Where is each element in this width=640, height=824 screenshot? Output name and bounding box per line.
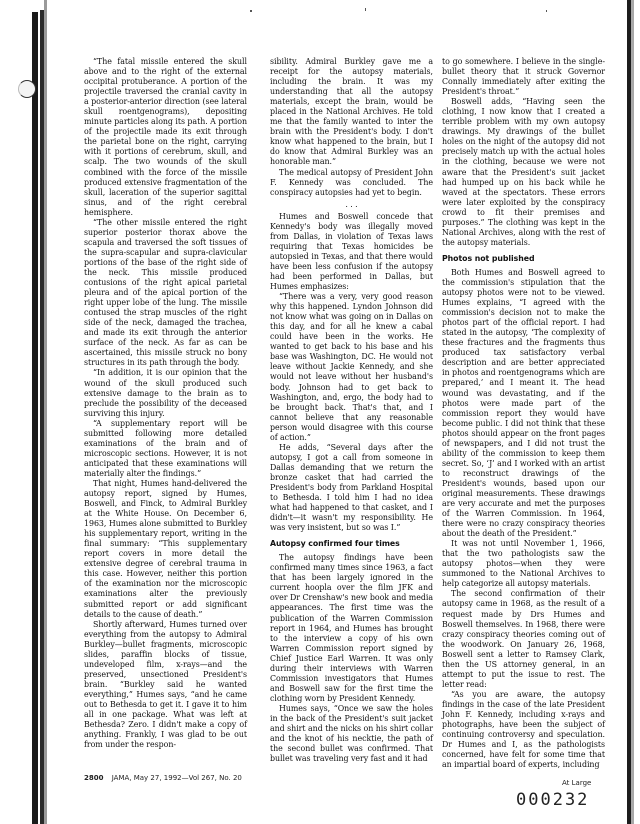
paragraph: Humes says, “Once we saw the holes in th… — [270, 704, 433, 764]
scan-speck — [365, 8, 366, 11]
paragraph: The second confirmation of their autopsy… — [442, 589, 605, 689]
scan-edge-shadow — [44, 0, 47, 824]
paragraph: Humes and Boswell concede that Kennedy's… — [270, 212, 433, 292]
page-number: 2800 — [84, 774, 103, 782]
paragraph: “A supplementary report will be submitte… — [84, 419, 247, 479]
paragraph: It was not until November 1, 1966, that … — [442, 539, 605, 589]
paragraph: “In addition, it is our opinion that the… — [84, 368, 247, 418]
scan-speck — [546, 10, 547, 12]
text-column-1: “The fatal missile entered the skull abo… — [84, 57, 247, 750]
paragraph: Boswell adds, “Having seen the clothing,… — [442, 97, 605, 248]
paragraph-continued: sibility. Admiral Burkley gave me a rece… — [270, 57, 433, 168]
paragraph: The autopsy findings have been confirmed… — [270, 553, 433, 704]
paragraph: “The fatal missile entered the skull abo… — [84, 57, 247, 218]
scan-binding-edge — [32, 12, 38, 824]
paragraph: That night, Humes hand-delivered the aut… — [84, 479, 247, 620]
section-break-ellipsis: . . . — [270, 200, 433, 210]
paragraph: “There was a very, very good reason why … — [270, 292, 433, 443]
journal-citation: JAMA, May 27, 1992—Vol 267, No. 20 — [112, 774, 242, 782]
paragraph: He adds, “Several days after the autopsy… — [270, 443, 433, 533]
scan-right-edge-shadow — [631, 0, 634, 824]
scan-speck — [250, 10, 252, 12]
bates-stamp: 000232 — [516, 790, 589, 810]
text-column-3: to go somewhere. I believe in the single… — [442, 57, 605, 770]
subheading-autopsy-confirmed: Autopsy confirmed four times — [270, 539, 433, 549]
section-label: At Large — [562, 779, 591, 787]
paragraph-continued: to go somewhere. I believe in the single… — [442, 57, 605, 97]
punch-hole — [18, 80, 36, 98]
paragraph: Shortly afterward, Humes turned over eve… — [84, 620, 247, 751]
paragraph: “The other missile entered the right sup… — [84, 218, 247, 369]
paragraph: The medical autopsy of President John F.… — [270, 168, 433, 198]
scan-binding-edge-inner — [40, 10, 44, 824]
page-footer: 2800 JAMA, May 27, 1992—Vol 267, No. 20 — [84, 774, 242, 782]
paragraph: “As you are aware, the autopsy findings … — [442, 690, 605, 770]
text-column-2: sibility. Admiral Burkley gave me a rece… — [270, 57, 433, 764]
subheading-photos-not-published: Photos not published — [442, 254, 605, 264]
paragraph: Both Humes and Boswell agreed to the com… — [442, 268, 605, 539]
